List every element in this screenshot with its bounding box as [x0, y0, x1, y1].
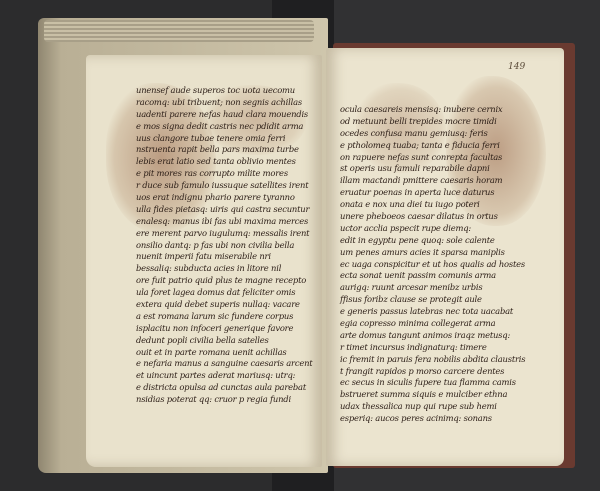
text-line: uus clangore tubae tenere omia ferri	[136, 133, 312, 145]
text-line: ere merent parvo iugulumq: messalis iren…	[136, 228, 312, 240]
text-line: dedunt popli civilia bella satelles	[136, 335, 312, 347]
text-line: nuenit imperii fatu miserabile nri	[136, 251, 312, 263]
text-line: arte domus tangunt animos iraqz metusq:	[340, 330, 525, 342]
text-line: isplacitu non infoceri generique favore	[136, 323, 312, 335]
text-line: e pit mores ras corrupto milite mores	[136, 168, 312, 180]
left-page: unensef aude superos toc uota uecomuraco…	[86, 55, 322, 467]
text-line: uadenti parere nefas haud clara mouendis	[136, 109, 312, 121]
text-line: r duce sub famulo iussuque satellites ir…	[136, 180, 312, 192]
right-page: ocula caesareis mensisq: inubere cernixo…	[326, 48, 564, 466]
text-line: ocedes confusa manu gemiusq: feris	[340, 128, 525, 140]
folio-number: 149	[508, 62, 525, 72]
text-line: onsilio dantq: p fas ubi non civilia bel…	[136, 240, 312, 252]
text-line: ouit et in parte romana uenit achillas	[136, 347, 312, 359]
text-line: t frangit rapidos p morso carcere dentes	[340, 366, 525, 378]
text-line: a est romana larum sic fundere corpus	[136, 311, 312, 323]
text-line: e nefaria manus a sanguine caesaris arce…	[136, 358, 312, 370]
left-text-block: unensef aude superos toc uota uecomuraco…	[136, 85, 312, 406]
text-line: nsidias poterat qq: cruor p regia fundi	[136, 394, 312, 406]
text-line: ore fuit patrio quid plus te magne recep…	[136, 275, 312, 287]
text-line: st operis usu famuli reparabile dapni	[340, 163, 525, 175]
text-line: bstrueret summa siquis e mulciber ethna	[340, 389, 525, 401]
text-line: extera quid debet superis nullaq: vacare	[136, 299, 312, 311]
text-line: od metuunt belli trepides mocre timidi	[340, 116, 525, 128]
text-line: ffisus foribz clause se protegit aule	[340, 294, 525, 306]
text-line: ic fremit in paruis fera nobilis abdita …	[340, 354, 525, 366]
text-line: illam mactandi pmittere caesaris horam	[340, 175, 525, 187]
text-line: egia copresso minima collegerat arma	[340, 318, 525, 330]
text-line: unere pheboeos caesar dilatus in ortus	[340, 211, 525, 223]
text-line: eruatur poenas in aperta luce daturus	[340, 187, 525, 199]
right-text-block: ocula caesareis mensisq: inubere cernixo…	[340, 104, 525, 425]
text-line: r timet incursus indignaturq: timere	[340, 342, 525, 354]
text-line: et uincunt partes aderat mariusq: utrq:	[136, 370, 312, 382]
text-line: uctor acclia pspecit rupe diemq:	[340, 223, 525, 235]
text-line: edit in egyptu pene quoq: sole calente	[340, 235, 525, 247]
text-line: ecta sonat uenit passim comunis arma	[340, 270, 525, 282]
text-line: enalesq: manus ibi fas ubi maxima merces	[136, 216, 312, 228]
text-line: nstruenta rapit bella pars maxima turbe	[136, 144, 312, 156]
text-line: ulla fides pietasq: uiris qui castra sec…	[136, 204, 312, 216]
text-line: racomq: ubi tribuent; non segnis achilla…	[136, 97, 312, 109]
text-line: ocula caesareis mensisq: inubere cernix	[340, 104, 525, 116]
text-line: e districta opulsa ad cunctas aula pareb…	[136, 382, 312, 394]
text-line: e mos signa dedit castris nec pdidit arm…	[136, 121, 312, 133]
page-stack-top	[44, 20, 314, 42]
text-line: aurigq: ruunt arcesar menibz urbis	[340, 282, 525, 294]
text-line: lebis erat latio sed tanta oblivio mente…	[136, 156, 312, 168]
text-line: udax thessalica nup qui rupe sub hemi	[340, 401, 525, 413]
text-line: e ptholomeq tuaba; tanta e fiducia ferri	[340, 140, 525, 152]
text-line: bessaliq: subducta acies in litore nil	[136, 263, 312, 275]
text-line: unensef aude superos toc uota uecomu	[136, 85, 312, 97]
text-line: onata e nox una diei tu iugo poteri	[340, 199, 525, 211]
text-line: esperiq: aucos peres acinimq: sonans	[340, 413, 525, 425]
text-line: on rapuere nefas sunt conrepta facultas	[340, 152, 525, 164]
text-line: ula foret lagea domus dat feliciter omis	[136, 287, 312, 299]
text-line: ec secus in siculis fupere tua flamma ca…	[340, 377, 525, 389]
text-line: ec uaga conspicitur et ut hos qualis ad …	[340, 259, 525, 271]
text-line: e generis passus latebras nec tota uacab…	[340, 306, 525, 318]
text-line: uos erat indignu phario parere tyranno	[136, 192, 312, 204]
text-line: um penes amurs acies it sparsa maniplis	[340, 247, 525, 259]
